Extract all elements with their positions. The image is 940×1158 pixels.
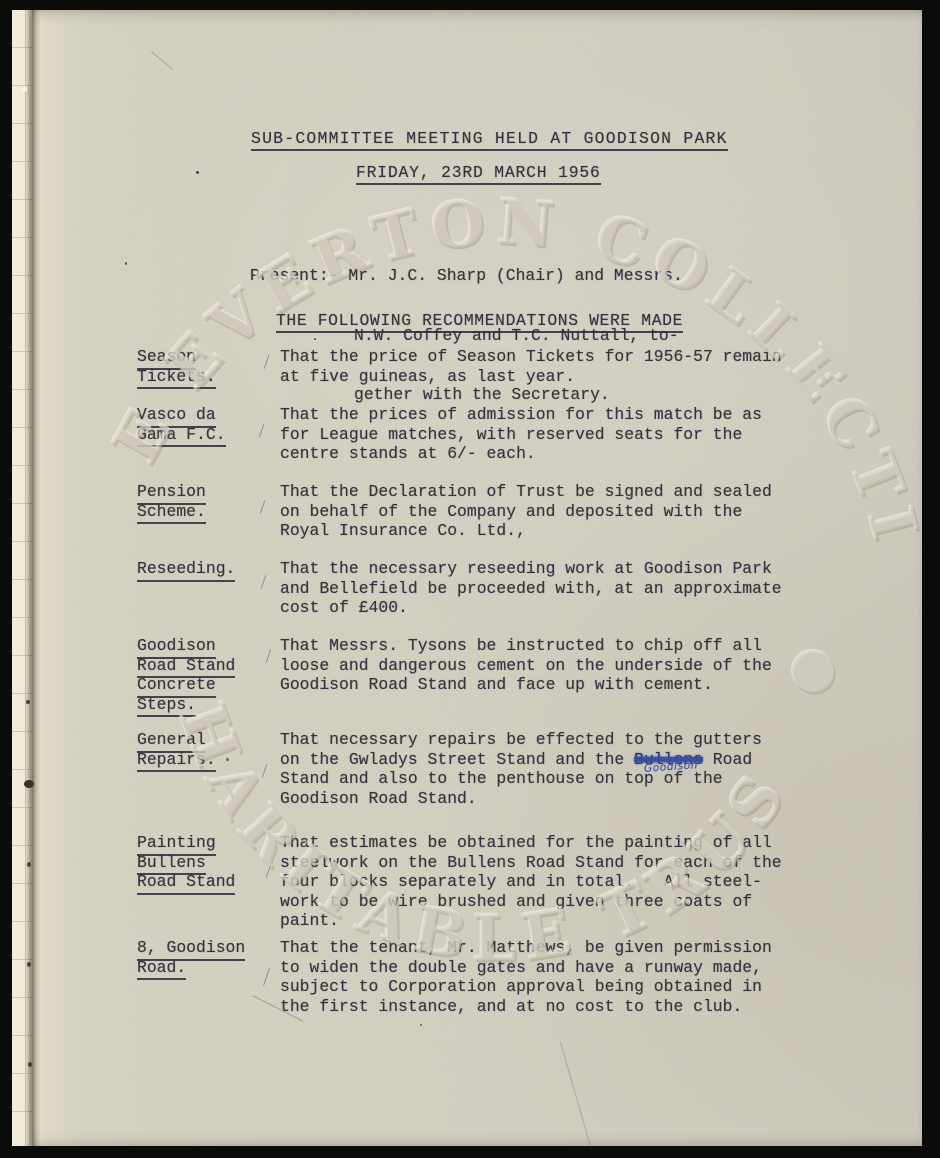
paper-speck [196, 171, 199, 174]
body-line: at five guineas, as last year. [280, 367, 782, 387]
present-line: Present:- Mr. J.C. Sharp (Chair) and Mes… [250, 266, 683, 288]
body-line: loose and dangerous cement on the unders… [280, 656, 772, 676]
section-body: That the prices of admission for this ma… [280, 405, 762, 464]
heading-line: Gama F.C. [137, 425, 226, 448]
body-line: on behalf of the Company and deposited w… [280, 502, 772, 522]
section-heading: Season Tickets. [137, 347, 216, 386]
body-line: That the prices of admission for this ma… [280, 405, 762, 425]
present-line: gether with the Secretary. [354, 385, 683, 407]
section-heading: Painting Bullens Road Stand [137, 833, 235, 892]
body-line: Goodison Road Stand and face up with cem… [280, 675, 772, 695]
pencil-checkmark [266, 649, 272, 663]
body-line: for League matches, with reserved seats … [280, 425, 762, 445]
heading-line: Road. [137, 958, 186, 981]
section-body: That estimates be obtained for the paint… [280, 833, 782, 931]
section-body: That the tenant, Mr. Matthews, be given … [280, 938, 772, 1016]
body-line: Stand and also to the penthouse on top o… [280, 769, 762, 789]
heading-line: Tickets. [137, 367, 216, 390]
paper-speck [125, 262, 127, 265]
body-line: That necessary repairs be effected to th… [280, 730, 762, 750]
heading-line: Repairs. [137, 750, 216, 773]
body-line: steelwork on the Bullens Road Stand for … [280, 853, 782, 873]
ink-blob [28, 1062, 32, 1067]
body-line: Goodison Road Stand. [280, 789, 762, 809]
section-heading: 8, Goodison Road. [137, 938, 245, 977]
heading-line: Steps. [137, 695, 196, 718]
ink-blob [27, 962, 31, 967]
body-line: That the Declaration of Trust be signed … [280, 482, 772, 502]
ink-blob [24, 780, 34, 788]
body-line: That the tenant, Mr. Matthews, be given … [280, 938, 772, 958]
ink-blob [26, 700, 30, 704]
pencil-checkmark [263, 968, 270, 985]
paper-speck [420, 1024, 422, 1026]
section-body: That the necessary reseeding work at Goo… [280, 559, 782, 618]
body-line: centre stands at 6/- each. [280, 444, 762, 464]
section-heading: Reseeding. [137, 559, 235, 579]
paper-speck [226, 758, 229, 761]
body-line: That Messrs. Tysons be instructed to chi… [280, 636, 772, 656]
body-line: subject to Corporation approval being ob… [280, 977, 772, 997]
body-line: paint. [280, 911, 782, 931]
body-line: work to be wire brushed and given three … [280, 892, 782, 912]
typewritten-text-layer: SUB-COMMITTEE MEETING HELD AT GOODISON P… [0, 0, 940, 1158]
body-line: and Bellefield be proceeded with, at an … [280, 579, 782, 599]
paper-speck [22, 86, 27, 92]
body-line: That estimates be obtained for the paint… [280, 833, 782, 853]
section-heading: General Repairs. [137, 730, 216, 769]
heading-line: Road Stand [137, 872, 235, 895]
heading-line: Reseeding. [137, 559, 235, 582]
body-line: That the necessary reseeding work at Goo… [280, 559, 782, 579]
meeting-date: FRIDAY, 23RD MARCH 1956 [356, 163, 601, 185]
recommendations-heading: THE FOLLOWING RECOMMENDATIONS WERE MADE [276, 311, 683, 333]
pencil-checkmark [266, 864, 272, 878]
pencil-checkmark [262, 764, 268, 778]
section-body: That the Declaration of Trust be signed … [280, 482, 772, 541]
body-line: That the price of Season Tickets for 195… [280, 347, 782, 367]
body-text: Road [703, 750, 752, 769]
section-body: That the price of Season Tickets for 195… [280, 347, 782, 386]
body-line: to widen the double gates and have a run… [280, 958, 772, 978]
section-heading: Pension Scheme. [137, 482, 206, 521]
pencil-checkmark [260, 500, 266, 514]
body-line: Royal Insurance Co. Ltd., [280, 521, 772, 541]
page-title: SUB-COMMITTEE MEETING HELD AT GOODISON P… [251, 129, 728, 151]
body-line: cost of £400. [280, 598, 782, 618]
body-line: the first instance, and at no cost to th… [280, 997, 772, 1017]
scanned-minutes-page: SUB-COMMITTEE MEETING HELD AT GOODISON P… [0, 0, 940, 1158]
body-text: on the Gwladys Street Stand and the [280, 750, 634, 769]
section-heading: Goodison Road Stand Concrete Steps. [137, 636, 235, 714]
pencil-checkmark [261, 575, 267, 589]
section-body: That Messrs. Tysons be instructed to chi… [280, 636, 772, 695]
heading-line: Scheme. [137, 502, 206, 525]
paper-speck [314, 338, 316, 340]
section-heading: Vasco da Gama F.C. [137, 405, 226, 444]
ink-blob [27, 862, 31, 867]
body-line: four blocks separately and in total. All… [280, 872, 782, 892]
